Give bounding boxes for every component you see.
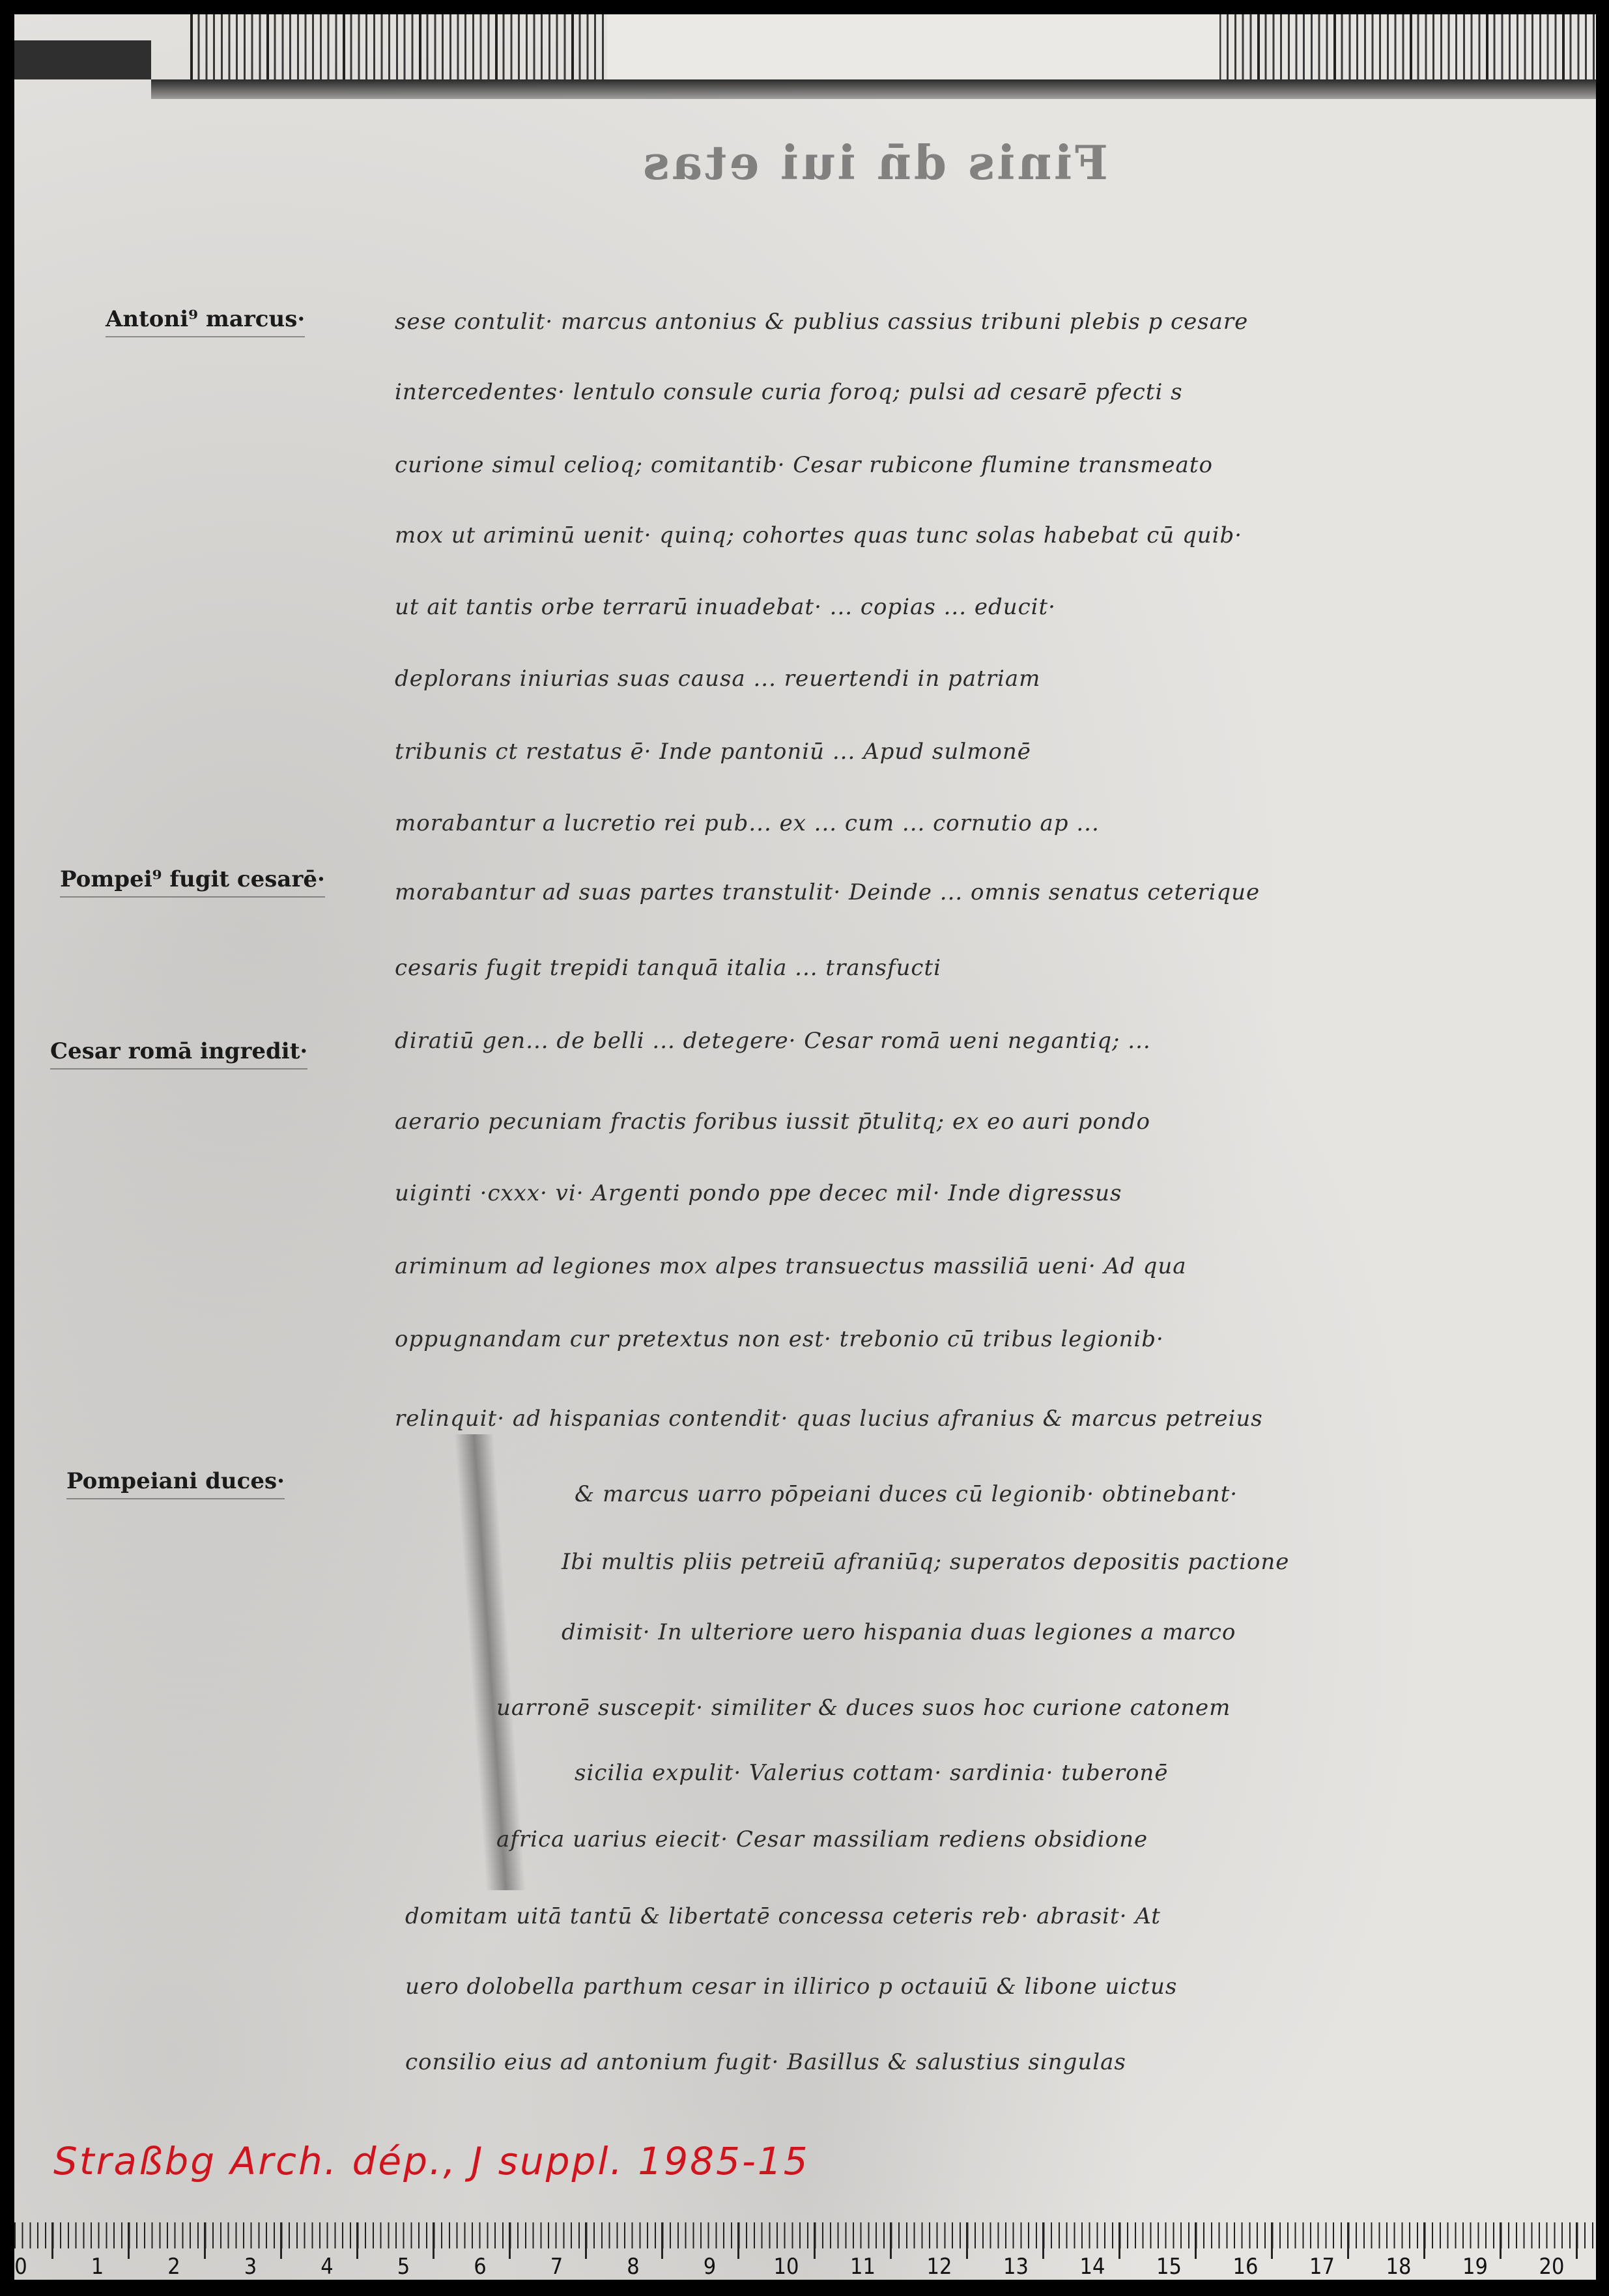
marginal-note: Cesar romā ingredit· [50,1038,307,1070]
ruler-label: 10 [774,2254,799,2280]
text-line: tribunis ct restatus ē· Inde pantoniū ..… [395,739,1031,765]
text-line: consilio eius ad antonium fugit· Basillu… [405,2049,1126,2075]
ruler-label: 4 [320,2254,333,2280]
ruler-label: 5 [397,2254,410,2280]
text-line: intercedentes· lentulo consule curia for… [395,379,1183,405]
ruler-label: 9 [704,2254,716,2280]
text-line: relinquit· ad hispanias contendit· quas … [395,1406,1263,1432]
ruler-label: 2 [167,2254,180,2280]
ruler-label: 14 [1080,2254,1105,2280]
manuscript-page: Finis dn̄ iui etas Antoni⁹ marcus·Pompei… [14,14,1596,2280]
text-line: oppugnandam cur pretextus non est· trebo… [395,1326,1164,1352]
text-line: uiginti ·cxxx· vi· Argenti pondo ppe dec… [395,1180,1122,1206]
text-line: mox ut ariminū uenit· quinq; cohortes qu… [395,522,1242,548]
top-ruler-gap [607,14,1219,79]
ruler-label: 0 [14,2254,27,2280]
text-line: dimisit· In ulteriore uero hispania duas… [562,1619,1236,1645]
ruler-label: 15 [1156,2254,1182,2280]
ruler-label: 6 [474,2254,486,2280]
text-line: diratiū gen... de belli ... detegere· Ce… [395,1028,1151,1054]
marginal-note: Pompeiani duces· [66,1468,285,1499]
text-line: deplorans iniurias suas causa ... reuert… [395,666,1040,692]
ruler-label: 13 [1003,2254,1029,2280]
mirrored-heading: Finis dn̄ iui etas [555,135,1193,200]
text-line: africa uarius eiecit· Cesar massiliam re… [496,1826,1148,1852]
ruler-label: 1 [91,2254,104,2280]
text-line: & marcus uarro pōpeiani duces cū legioni… [575,1481,1238,1507]
bottom-ruler: 01234567891011121314151617181920 [14,2222,1596,2280]
text-line: ariminum ad legiones mox alpes transuect… [395,1253,1187,1279]
ruler-label: 3 [244,2254,257,2280]
marginal-note: Pompei⁹ fugit cesarē· [60,866,325,898]
archive-annotation: Straßbg Arch. dép., J suppl. 1985-15 [53,2139,810,2183]
text-line: domitam uitā tantū & libertatē concessa … [405,1903,1161,1929]
ruler-label: 20 [1539,2254,1565,2280]
ruler-label: 11 [850,2254,876,2280]
ruler-label: 19 [1462,2254,1488,2280]
top-ruler [190,14,1596,79]
text-line: morabantur a lucretio rei pub... ex ... … [395,810,1100,836]
text-line: morabantur ad suas partes transtulit· De… [395,879,1260,905]
text-line: uero dolobella parthum cesar in illirico… [405,1974,1177,2000]
top-edge-shadow [151,79,1596,99]
top-left-shadow [14,40,151,79]
text-line: cesaris fugit trepidi tanquā italia ... … [395,955,941,981]
ruler-label: 12 [927,2254,952,2280]
text-line: ut ait tantis orbe terrarū inuadebat· ..… [395,594,1056,620]
tear-line [455,1434,526,1890]
ruler-label: 18 [1386,2254,1412,2280]
text-line: uarronē suscepit· similiter & duces suos… [496,1695,1231,1721]
ruler-label: 17 [1309,2254,1335,2280]
text-line: sicilia expulit· Valerius cottam· sardin… [575,1760,1168,1786]
text-line: sese contulit· marcus antonius & publius… [395,309,1248,335]
marginal-note: Antoni⁹ marcus· [106,306,305,337]
ruler-label: 7 [550,2254,563,2280]
ruler-label: 16 [1233,2254,1259,2280]
text-line: aerario pecuniam fractis foribus iussit … [395,1109,1150,1135]
ruler-label: 8 [627,2254,639,2280]
text-line: curione simul celioq; comitantib· Cesar … [395,452,1213,478]
text-line: Ibi multis pliis petreiū afraniūq; super… [562,1549,1289,1575]
